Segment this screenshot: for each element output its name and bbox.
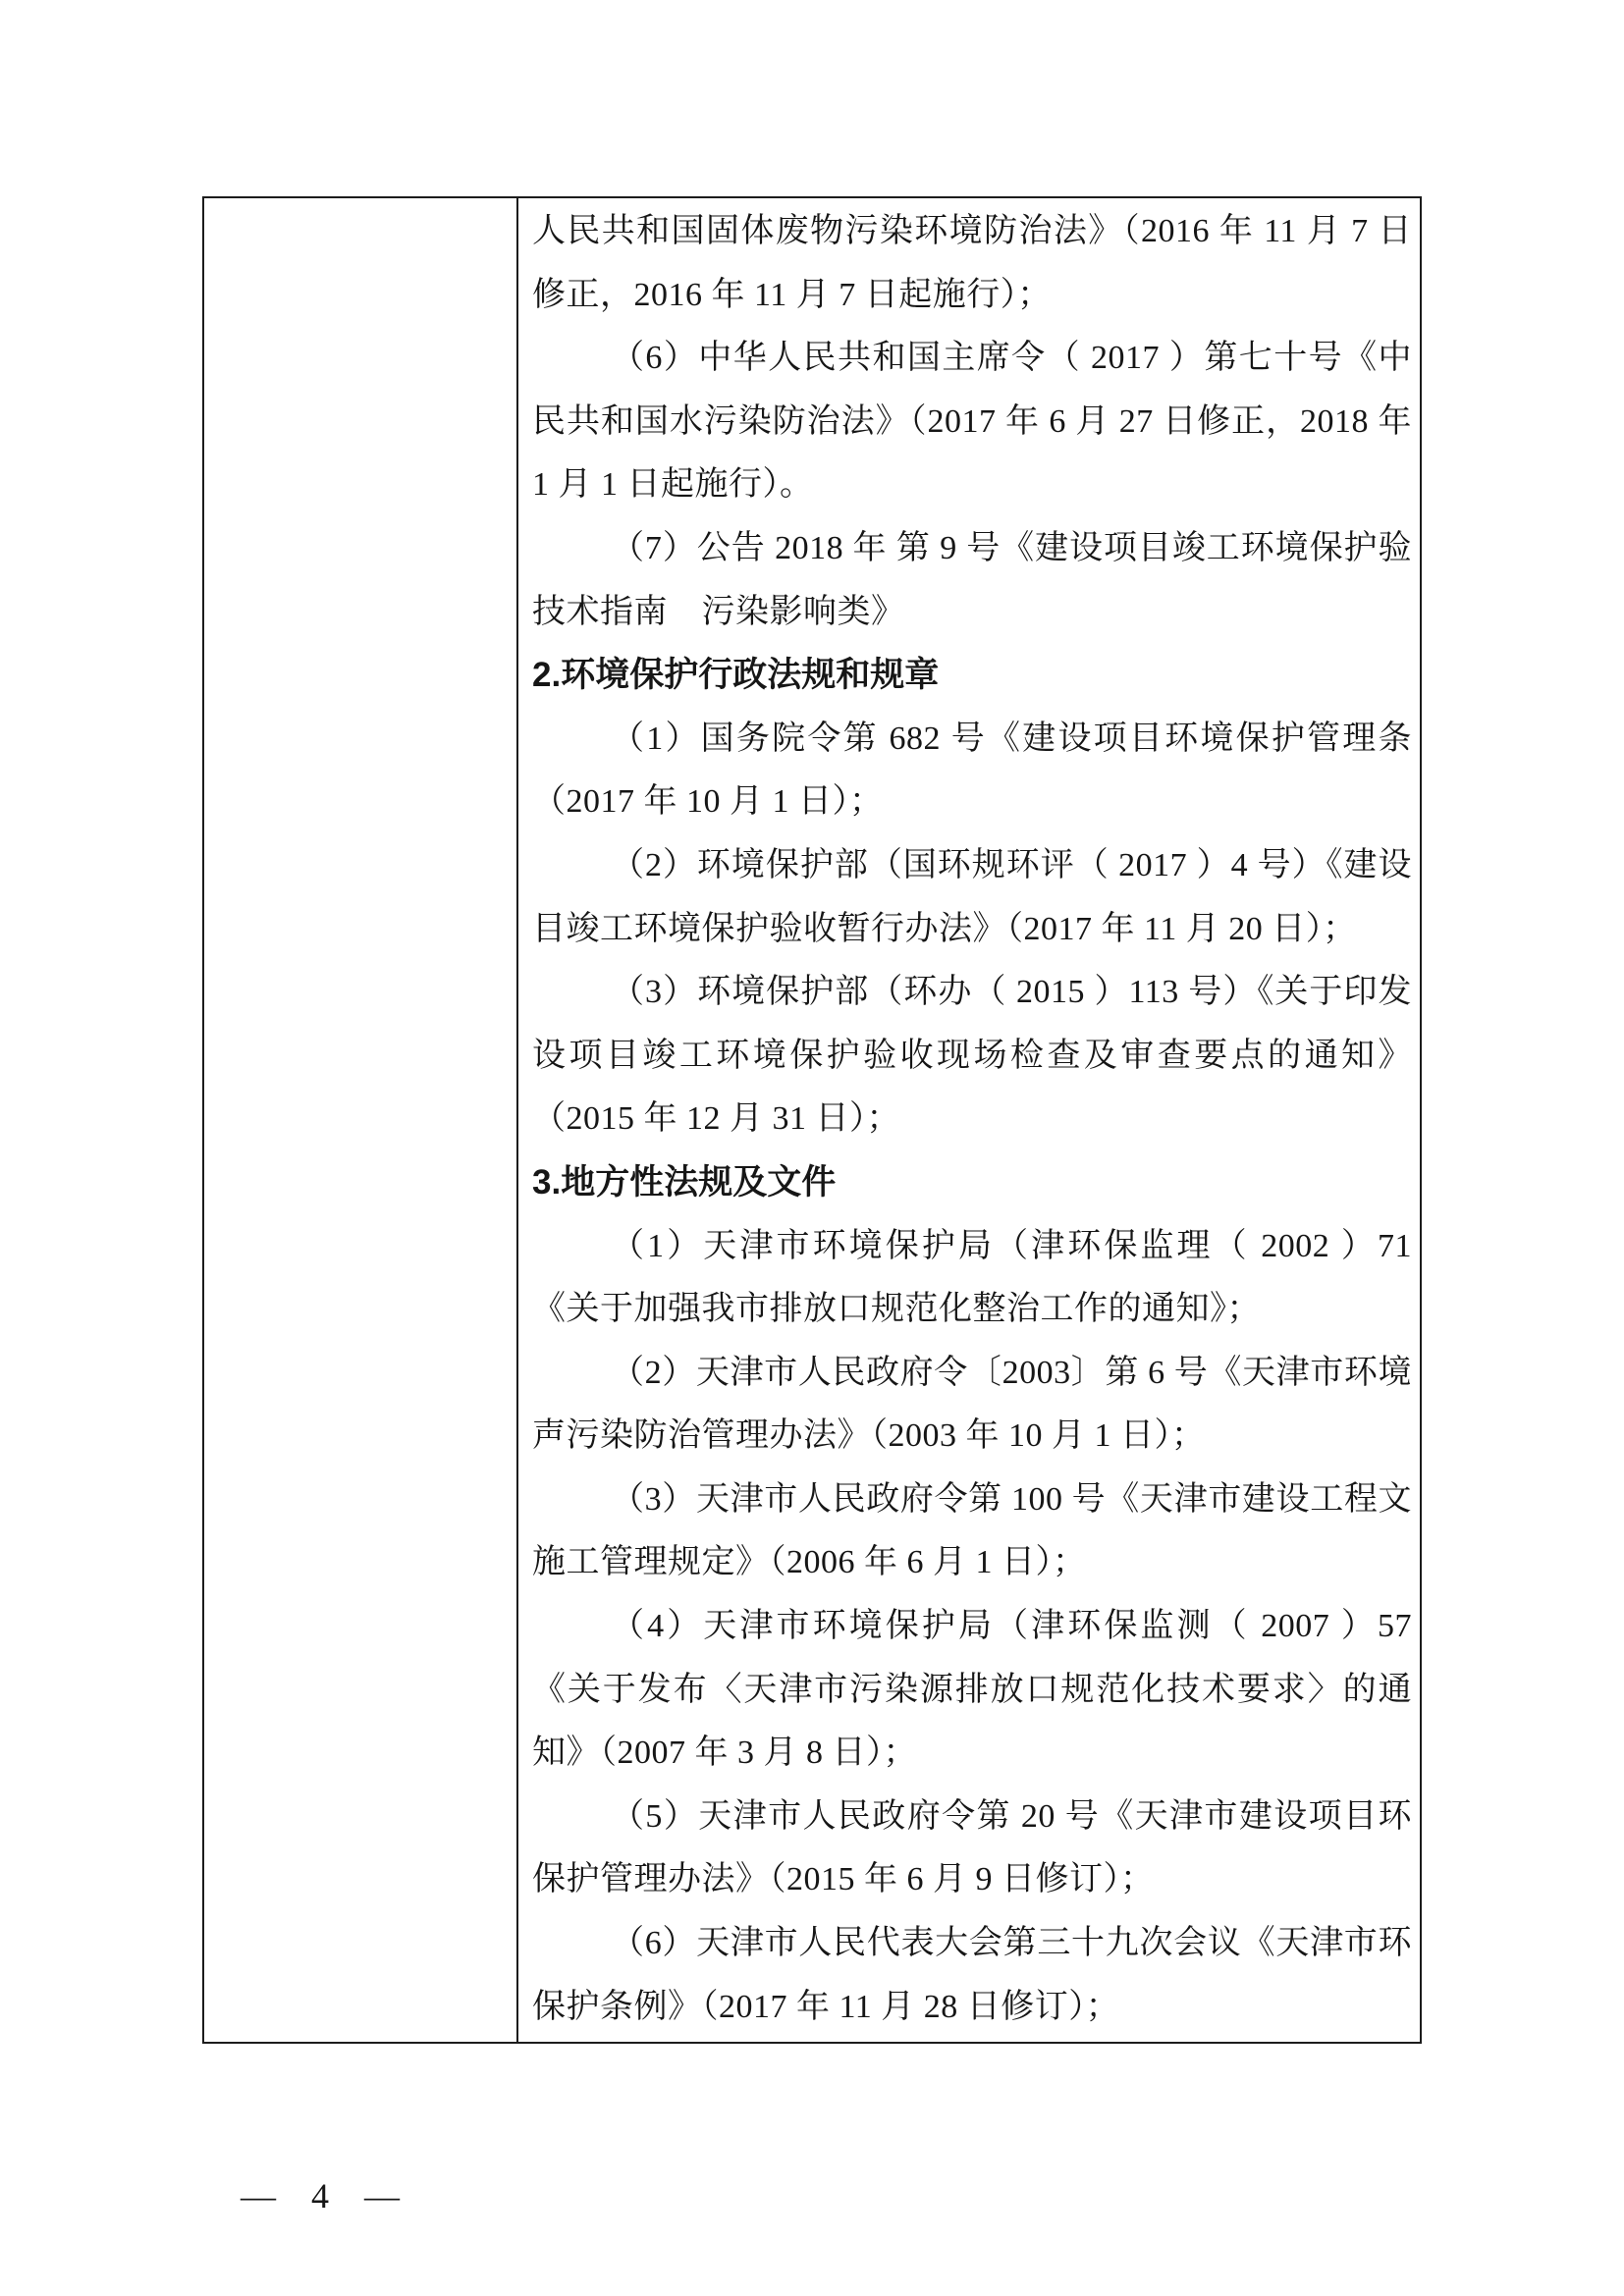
text-line: （2）天津市人民政府令〔2003〕第 6 号《天津市环境噪 <box>532 1342 1412 1406</box>
text-line: （5）天津市人民政府令第 20 号《天津市建设项目环境 <box>532 1786 1412 1849</box>
section-heading: 2.环境保护行政法规和规章 <box>532 644 1412 708</box>
text-line: 目竣工环境保护验收暂行办法》（2017 年 11 月 20 日）； <box>532 898 1412 962</box>
text-line: （6）中华人民共和国主席令（ 2017 ）第七十号《中华人 <box>532 327 1412 391</box>
text-line: 设项目竣工环境保护验收现场检查及审查要点的通知》 <box>532 1025 1412 1089</box>
section-heading: 3.地方性法规及文件 <box>532 1151 1412 1215</box>
text-line: （6）天津市人民代表大会第三十九次会议《天津市环境 <box>532 1912 1412 1976</box>
legal-basis-text-cell: 人民共和国固体废物污染环境防治法》（2016 年 11 月 7 日修正，2016… <box>518 198 1420 2042</box>
legal-basis-table: 人民共和国固体废物污染环境防治法》（2016 年 11 月 7 日修正，2016… <box>202 196 1422 2044</box>
text-line: （4）天津市环境保护局（津环保监测（ 2007 ）57 号） <box>532 1595 1412 1659</box>
text-line: 声污染防治管理办法》（2003 年 10 月 1 日）； <box>532 1405 1412 1468</box>
text-line: 修正，2016 年 11 月 7 日起施行）； <box>532 264 1412 328</box>
text-line: （2）环境保护部（国环规环评（ 2017 ）4 号）《建设项 <box>532 834 1412 898</box>
text-line: （2017 年 10 月 1 日）； <box>532 771 1412 834</box>
text-line: 技术指南 污染影响类》 <box>532 581 1412 645</box>
text-line: 保护管理办法》（2015 年 6 月 9 日修订）； <box>532 1848 1412 1912</box>
table-label-cell <box>204 198 518 2042</box>
text-line: （2015 年 12 月 31 日）； <box>532 1088 1412 1151</box>
text-line: 施工管理规定》（2006 年 6 月 1 日）； <box>532 1531 1412 1595</box>
text-line: 知》（2007 年 3 月 8 日）； <box>532 1722 1412 1786</box>
text-line: （1）天津市环境保护局（津环保监理（ 2002 ）71 号） <box>532 1215 1412 1279</box>
text-line: （7）公告 2018 年 第 9 号《建设项目竣工环境保护验收 <box>532 517 1412 581</box>
text-line: （3）环境保护部（环办（ 2015 ）113 号）《关于印发建 <box>532 961 1412 1025</box>
text-line: （3）天津市人民政府令第 100 号《天津市建设工程文明 <box>532 1468 1412 1532</box>
text-line: 《关于发布〈天津市污染源排放口规范化技术要求〉的通 <box>532 1659 1412 1723</box>
text-line: 人民共和国固体废物污染环境防治法》（2016 年 11 月 7 日 <box>532 200 1412 264</box>
text-line: （1）国务院令第 682 号《建设项目环境保护管理条例》 <box>532 708 1412 772</box>
document-page: 人民共和国固体废物污染环境防治法》（2016 年 11 月 7 日修正，2016… <box>0 0 1624 2296</box>
text-line: 保护条例》（2017 年 11 月 28 日修订）； <box>532 1976 1412 2040</box>
page-number: — 4 — <box>202 2164 438 2227</box>
text-line: 《关于加强我市排放口规范化整治工作的通知》； <box>532 1278 1412 1342</box>
text-line: 民共和国水污染防治法》（2017 年 6 月 27 日修正，2018 年 <box>532 391 1412 454</box>
text-line: 1 月 1 日起施行）。 <box>532 454 1412 517</box>
